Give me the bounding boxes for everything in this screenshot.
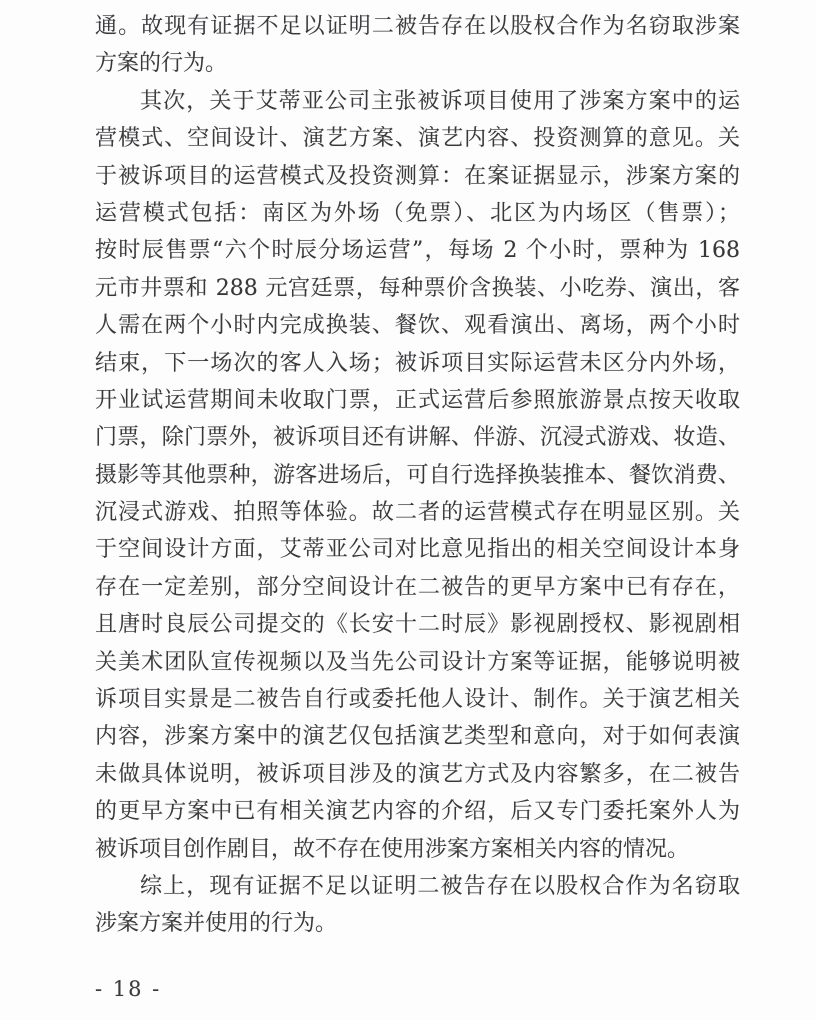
text-line: 被诉项目创作剧目，故不存在使用涉案方案相关内容的情况。 [95,831,740,868]
text-line: 通。故现有证据不足以证明二被告存在以股权合作为名窃取涉案 [95,8,740,45]
text-line: 于被诉项目的运营模式及投资测算：在案证据显示，涉案方案的 [95,158,740,195]
text-line: 诉项目实景是二被告自行或委托他人设计、制作。关于演艺相关 [95,681,740,718]
text-line: 结束，下一场次的客人入场；被诉项目实际运营未区分内外场， [95,345,740,382]
text-line: 方案的行为。 [95,45,740,82]
text-line: 开业试运营期间未收取门票，正式运营后参照旅游景点按天收取 [95,382,740,419]
text-line: 元市井票和 288 元宫廷票，每种票价含换装、小吃券、演出，客 [95,270,740,307]
text-line: 于空间设计方面，艾蒂亚公司对比意见指出的相关空间设计本身 [95,531,740,568]
text-line: 且唐时良辰公司提交的《长安十二时辰》影视剧授权、影视剧相 [95,606,740,643]
text-line: 综上，现有证据不足以证明二被告存在以股权合作为名窃取 [95,868,740,905]
text-line: 摄影等其他票种，游客进场后，可自行选择换装推本、餐饮消费、 [95,457,740,494]
text-line: 其次，关于艾蒂亚公司主张被诉项目使用了涉案方案中的运 [95,83,740,120]
document-page: 通。故现有证据不足以证明二被告存在以股权合作为名窃取涉案方案的行为。其次，关于艾… [0,0,816,1020]
text-line: 营模式、空间设计、演艺方案、演艺内容、投资测算的意见。关 [95,120,740,157]
text-line: 的更早方案中已有相关演艺内容的介绍，后又专门委托案外人为 [95,793,740,830]
text-block: 通。故现有证据不足以证明二被告存在以股权合作为名窃取涉案方案的行为。其次，关于艾… [95,8,740,943]
page-number: - 18 - [95,974,161,1004]
text-line: 涉案方案并使用的行为。 [95,905,740,942]
text-line: 未做具体说明，被诉项目涉及的演艺方式及内容繁多，在二被告 [95,756,740,793]
text-line: 运营模式包括：南区为外场（免票）、北区为内场区（售票）； [95,195,740,232]
text-line: 沉浸式游戏、拍照等体验。故二者的运营模式存在明显区别。关 [95,494,740,531]
text-line: 存在一定差别，部分空间设计在二被告的更早方案中已有存在， [95,569,740,606]
text-line: 门票，除门票外，被诉项目还有讲解、伴游、沉浸式游戏、妆造、 [95,419,740,456]
text-line: 内容，涉案方案中的演艺仅包括演艺类型和意向，对于如何表演 [95,718,740,755]
text-line: 人需在两个小时内完成换装、餐饮、观看演出、离场，两个小时 [95,307,740,344]
text-line: 关美术团队宣传视频以及当先公司设计方案等证据，能够说明被 [95,644,740,681]
text-line: 按时辰售票“六个时辰分场运营”，每场 2 个小时，票种为 168 [95,232,740,269]
